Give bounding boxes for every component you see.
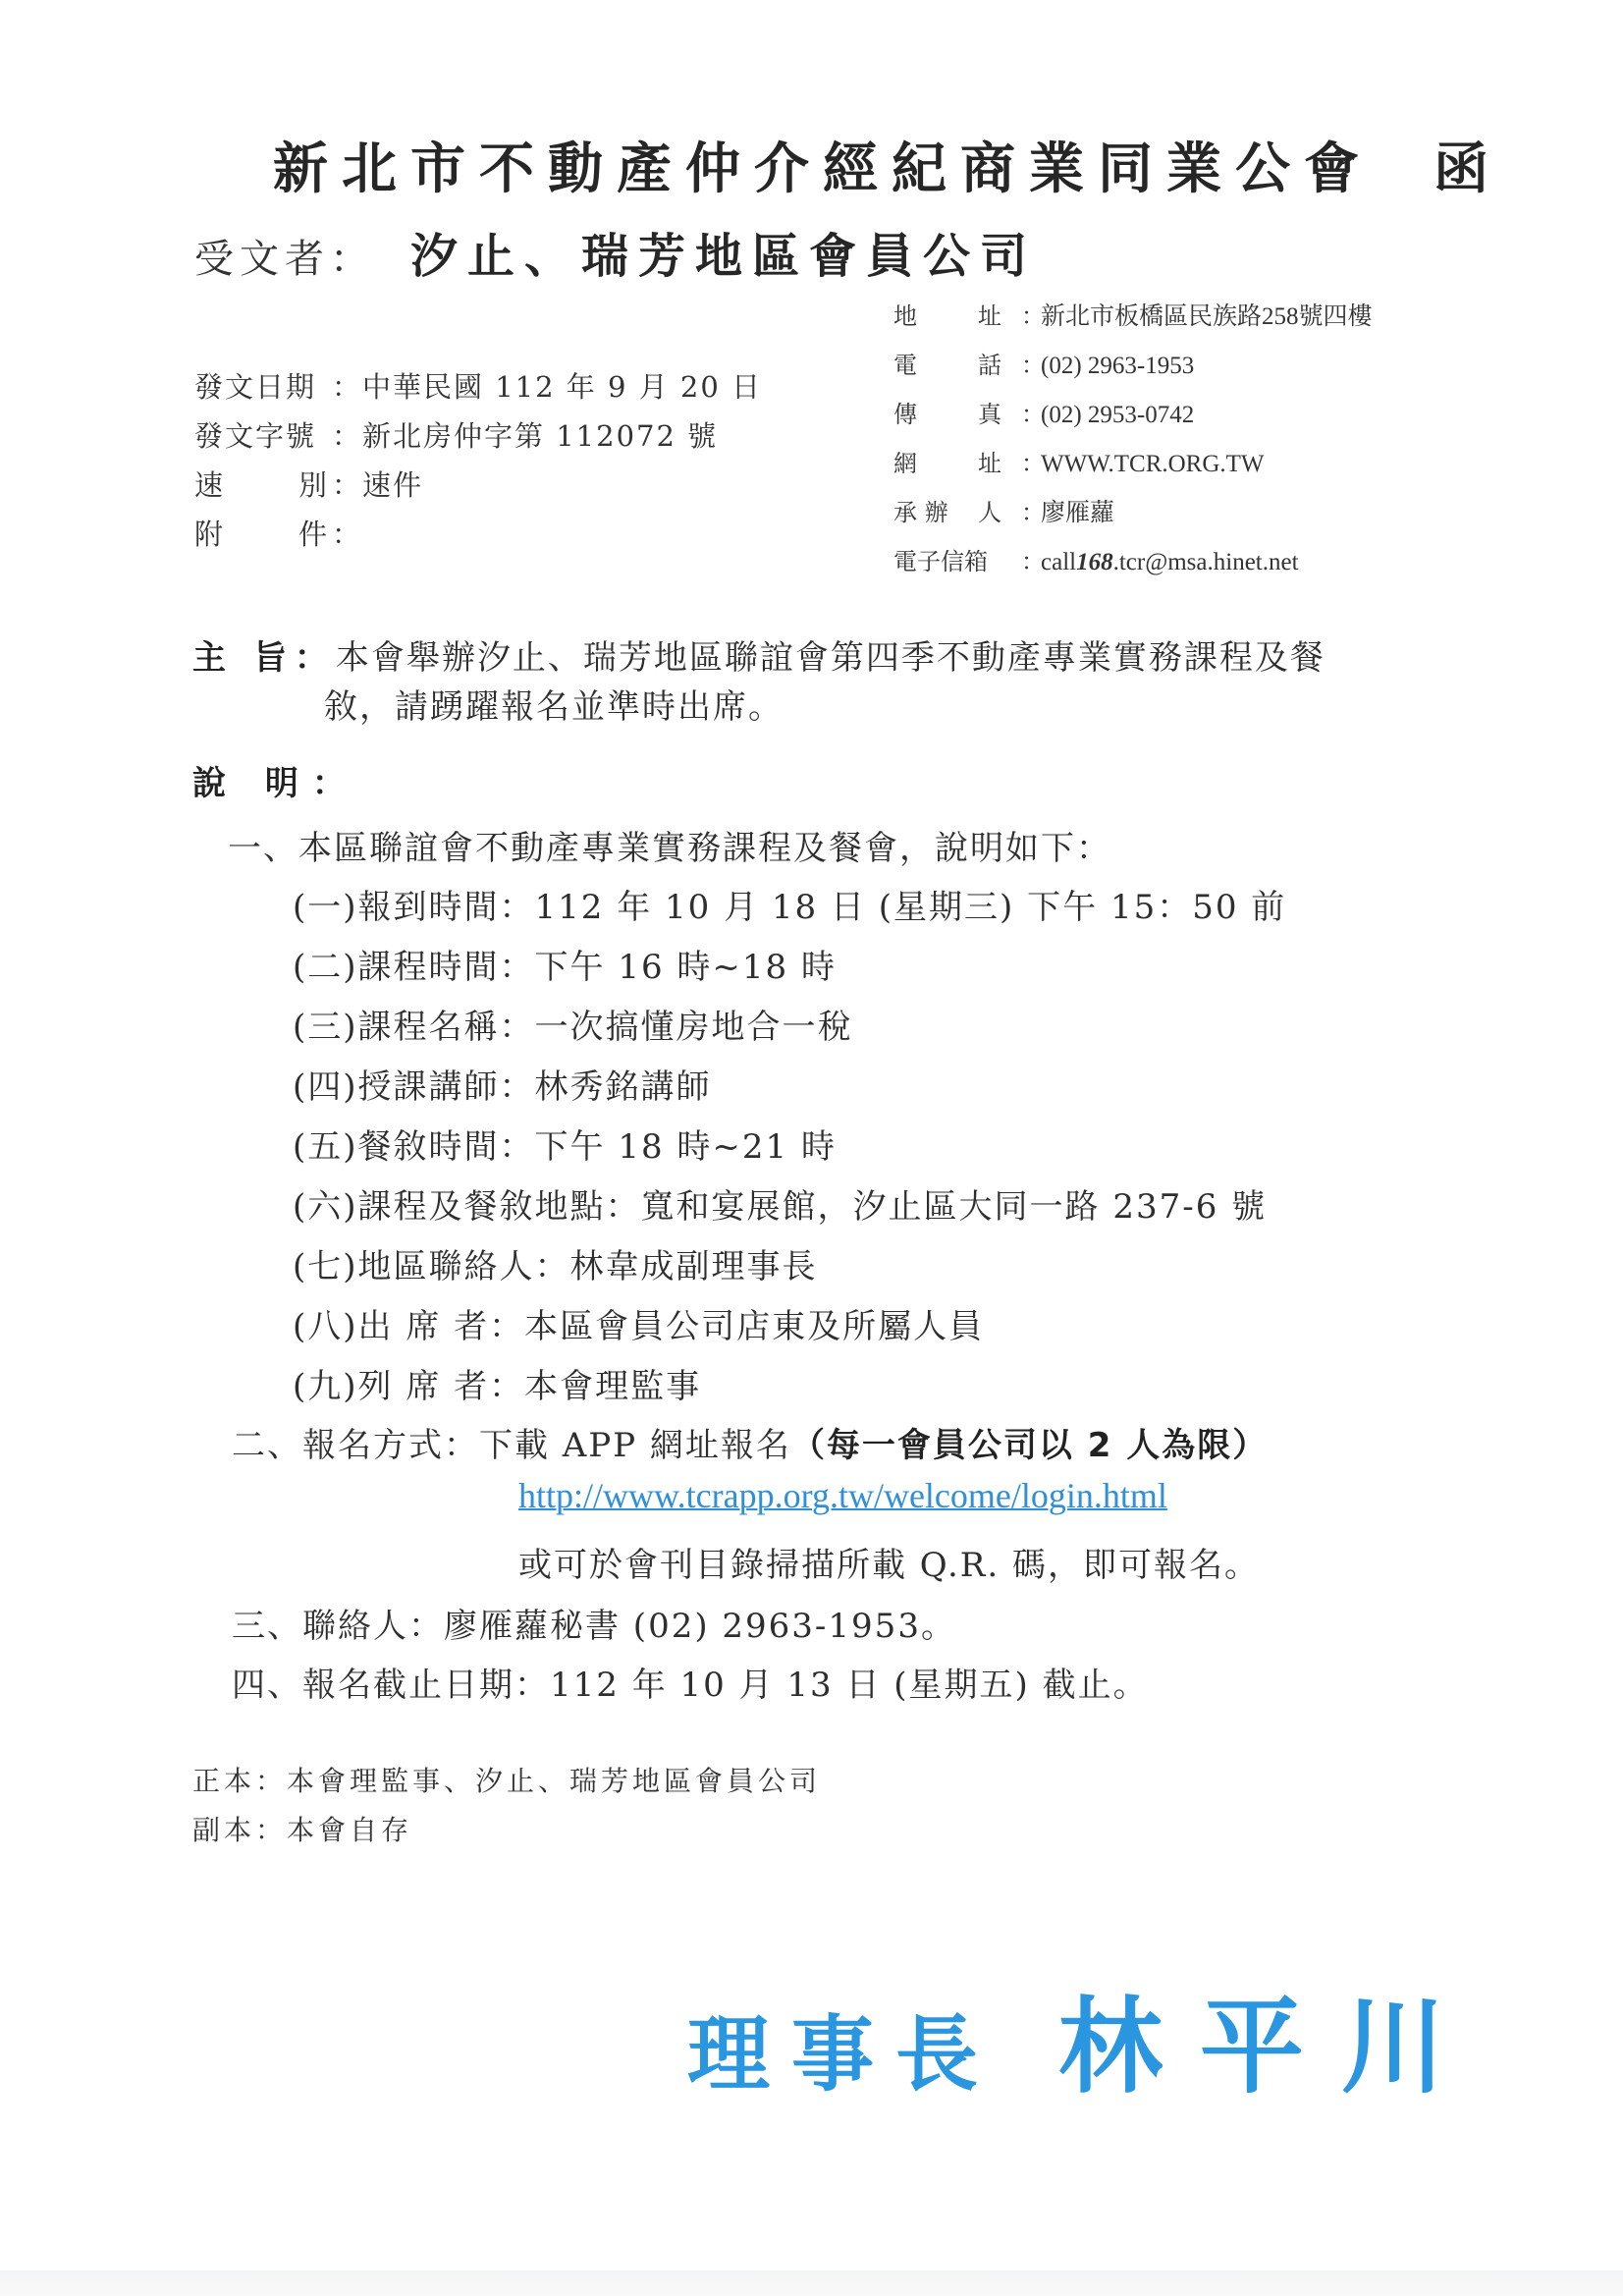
issue-date: 發文日期：中華民國 112 年 9 月 20 日 <box>194 365 762 406</box>
subject-line-1: 主 旨：本會舉辦汐止、瑞芳地區聯誼會第四季不動產專業實務課程及餐 <box>192 630 1325 679</box>
registration-link[interactable]: http://www.tcrapp.org.tw/welcome/login.h… <box>518 1475 1167 1516</box>
subitem-course-name: (三)課程名稱：一次搞懂房地合一稅 <box>293 1000 853 1048</box>
contact-email: 電子信箱：call168.tcr@msa.hinet.net <box>893 542 1299 576</box>
contact-phone: 電話：(02) 2963-1953 <box>893 346 1194 380</box>
signature-title: 理事長 <box>687 2006 1000 2103</box>
subitem-instructor: (四)授課講師：林秀銘講師 <box>293 1060 712 1108</box>
scan-edge <box>0 2270 1623 2296</box>
item-2-qr-note: 或可於會刊目錄掃描所載 Q.R. 碼，即可報名。 <box>518 1538 1260 1586</box>
contact-website: 網址：WWW.TCR.ORG.TW <box>893 444 1265 478</box>
subitem-checkin-time: (一)報到時間：112 年 10 月 18 日 (星期三) 下午 15：50 前 <box>293 880 1286 928</box>
subitem-dinner-time: (五)餐敘時間：下午 18 時~21 時 <box>293 1120 837 1168</box>
subject-line-2: 敘，請踴躍報名並準時出席。 <box>324 680 784 728</box>
subitem-local-contact: (七)地區聯絡人：林韋成副理事長 <box>293 1239 818 1287</box>
subitem-observers: (九)列 席 者：本會理監事 <box>293 1359 701 1407</box>
org-name: 新北市不動產仲介經紀商業同業公會 <box>273 137 1373 201</box>
explanation-label: 說 明： <box>192 756 359 804</box>
carbon-copy: 副本：本會自存 <box>192 1809 412 1848</box>
subitem-course-time: (二)課程時間：下午 16 時~18 時 <box>293 940 837 988</box>
contact-handler: 承 辦人：廖雁蘿 <box>893 493 1114 528</box>
urgency: 速別：速件 <box>194 464 423 504</box>
subject-label: 主 旨： <box>192 638 336 678</box>
item-3-contact: 三、聯絡人：廖雁蘿秘書 (02) 2963-1953。 <box>232 1599 956 1647</box>
subitem-venue: (六)課程及餐敘地點：寬和宴展館，汐止區大同一路 237-6 號 <box>293 1179 1267 1228</box>
email-value: call168.tcr@msa.hinet.net <box>1041 549 1299 575</box>
attachments: 附件： <box>194 513 362 553</box>
original-copy-recipients: 正本：本會理監事、汐止、瑞芳地區會員公司 <box>192 1760 821 1799</box>
doc-type: 函 <box>1434 137 1502 201</box>
org-title: 新北市不動產仲介經紀商業同業公會函 <box>273 126 1502 204</box>
issue-number: 發文字號：新北房仲字第 112072 號 <box>194 414 718 455</box>
signature-name: 林平川 <box>1058 1987 1483 2107</box>
item-1-heading: 一、本區聯誼會不動產專業實務課程及餐會，說明如下： <box>228 821 1111 869</box>
subitem-attendees: (八)出 席 者：本區會員公司店東及所屬人員 <box>293 1299 984 1347</box>
contact-address: 地址：新北市板橋區民族路258號四樓 <box>893 297 1373 332</box>
contact-fax: 傳真：(02) 2953-0742 <box>893 395 1194 429</box>
chairman-signature-stamp: 理事長林平川 <box>687 1964 1483 2113</box>
registration-limit-note: （每一會員公司以 2 人為限） <box>791 1426 1268 1465</box>
item-2-registration: 二、報名方式：下載 APP 網址報名（每一會員公司以 2 人為限） <box>232 1418 1268 1466</box>
recipient-line: 受文者：汐止、瑞芳地區會員公司 <box>194 218 1037 286</box>
recipient-label: 受文者： <box>194 237 375 282</box>
recipient-name: 汐止、瑞芳地區會員公司 <box>410 229 1037 284</box>
item-4-deadline: 四、報名截止日期：112 年 10 月 13 日 (星期五) 截止。 <box>232 1658 1149 1706</box>
